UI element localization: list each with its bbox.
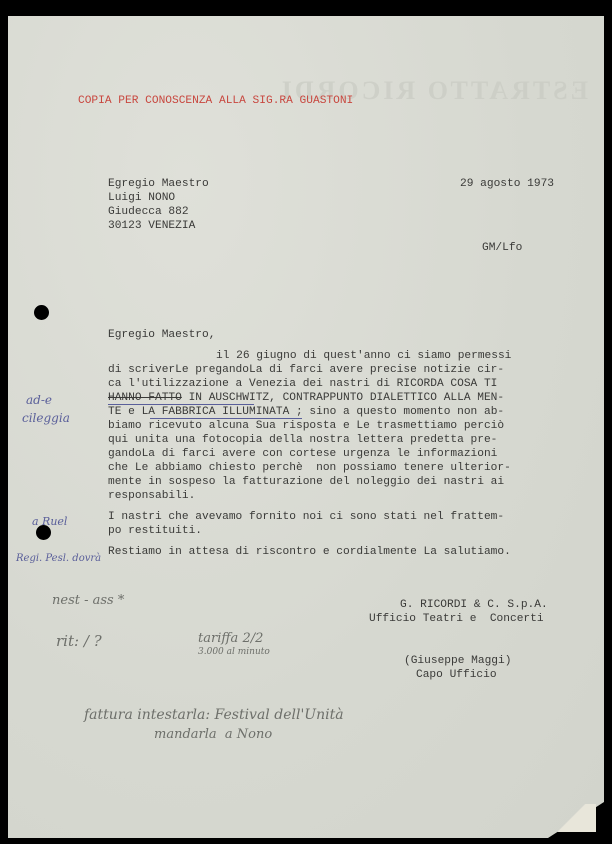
punch-hole [34, 305, 49, 320]
greeting: Egregio Maestro, [108, 330, 215, 341]
copy-notice: COPIA PER CONOSCENZA ALLA SIG.RA GUASTON… [78, 96, 353, 107]
folded-corner-flap [548, 804, 596, 832]
body-line: biamo ricevuto alcuna Sua risposta e Le … [108, 421, 504, 432]
recipient-city: 30123 VENEZIA [108, 221, 195, 232]
paragraph-2-line: I nastri che avevamo fornito noi ci sono… [108, 512, 504, 523]
closing-line: Restiamo in attesa di riscontro e cordia… [108, 547, 511, 558]
signature-name: (Giuseppe Maggi) [404, 656, 511, 667]
body-line: di scriverLe pregandoLa di farci avere p… [108, 365, 504, 376]
body-line: TE e LA FABBRICA ILLUMINATA ; sino a que… [108, 407, 504, 418]
handwritten-margin-note: a Ruel [32, 516, 67, 527]
handwritten-margin-note: cileggia [22, 412, 70, 424]
handwritten-underline [108, 404, 254, 405]
handwritten-margin-note: Regi. Pesl. dovrà [16, 554, 101, 564]
handwritten-pencil-note: fattura intestarla: Festival dell'Unità [84, 708, 344, 722]
handwritten-pencil-note: mandarla a Nono [154, 728, 272, 741]
body-line: il 26 giugno di quest'anno ci siamo perm… [216, 351, 511, 362]
body-line: mente in sospeso la fatturazione del nol… [108, 477, 504, 488]
handwritten-margin-note: ad-e [26, 394, 52, 406]
body-line: che Le abbiamo chiesto perchè non possia… [108, 463, 511, 474]
recipient-street: Giudecca 882 [108, 207, 189, 218]
body-line: responsabili. [108, 491, 195, 502]
reference-code: GM/Lfo [482, 243, 522, 254]
recipient-name: Luigi NONO [108, 193, 175, 204]
body-line: ca l'utilizzazione a Venezia dei nastri … [108, 379, 497, 390]
handwritten-pencil-note: 3.000 al minuto [198, 648, 270, 657]
body-line: gandoLa di farci avere con cortese urgen… [108, 449, 497, 460]
underlined-title: LA FABBRICA ILLUMINATA [142, 406, 290, 418]
struck-text: HANNO FATTO [108, 392, 182, 404]
signature-company: G. RICORDI & C. S.p.A. [400, 600, 548, 611]
handwritten-underline [150, 418, 302, 419]
body-line: HANNO FATTO IN AUSCHWITZ, CONTRAPPUNTO D… [108, 393, 504, 404]
signature-title: Capo Ufficio [416, 670, 497, 681]
body-line: qui unita una fotocopia della nostra let… [108, 435, 497, 446]
handwritten-pencil-note: rit: / ? [56, 634, 102, 649]
letter-date: 29 agosto 1973 [460, 179, 554, 190]
paragraph-2-line: po restituiti. [108, 526, 202, 537]
recipient-salutation: Egregio Maestro [108, 179, 209, 190]
handwritten-pencil-note: nest - ass * [52, 594, 124, 607]
signature-department: Ufficio Teatri e Concerti [369, 614, 544, 625]
letter-page: ESTRATTO RICORDI COPIA PER CONOSCENZA AL… [8, 16, 604, 838]
handwritten-pencil-note: tariffa 2/2 [198, 632, 263, 645]
